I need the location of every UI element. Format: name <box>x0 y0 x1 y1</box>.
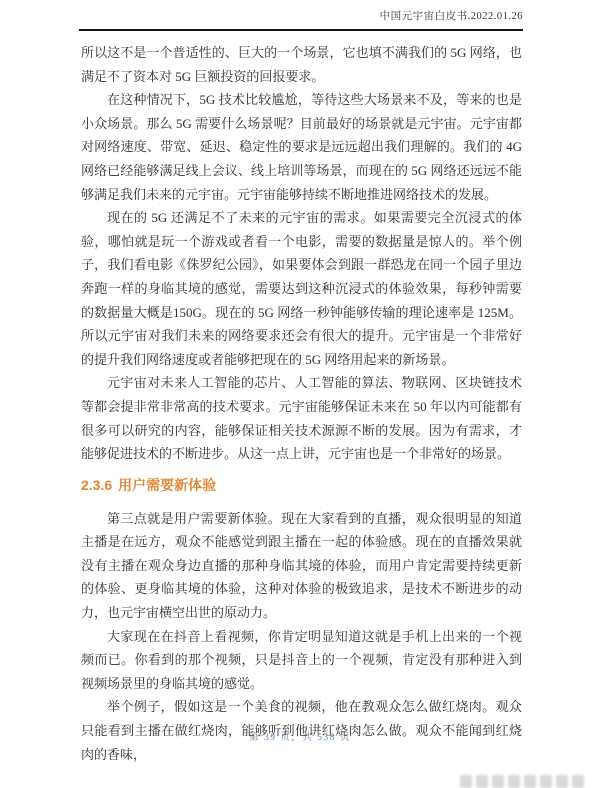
paragraph: 元宇宙对未来人工智能的芯片、人工智能的算法、物联网、区块链技术等都会提非常非常高… <box>81 371 522 465</box>
watermark-glyph <box>460 775 472 788</box>
document-header: 中国元宇宙白皮书.2022.01.26 <box>80 8 523 23</box>
page-number: 第 39 页，共 538 页 <box>249 733 351 743</box>
watermark-glyph <box>556 775 568 788</box>
document-title: 中国元宇宙白皮书.2022.01.26 <box>380 11 523 22</box>
watermark-glyph <box>572 775 584 788</box>
paragraph: 大家现在在抖音上看视频，你肯定明显知道这就是手机上出来的一个视频而已。你看到的那… <box>81 625 522 696</box>
document-body: 所以这不是一个普适性的、巨大的一个场景，它也填不满我们的 5G 网络，也满足不了… <box>81 41 522 766</box>
watermark-glyph <box>508 775 520 788</box>
watermark-glyph <box>492 775 504 788</box>
section-heading: 2.3.6用户需要新体验 <box>81 476 522 494</box>
watermark-glyph <box>524 775 536 788</box>
paragraph: 现在的 5G 还满足不了未来的元宇宙的需求。如果需要完全沉浸式的体验，哪怕就是玩… <box>81 206 522 371</box>
section-title: 用户需要新体验 <box>118 477 216 493</box>
section-number: 2.3.6 <box>81 477 112 493</box>
document-page: 中国元宇宙白皮书.2022.01.26 所以这不是一个普适性的、巨大的一个场景，… <box>0 0 600 788</box>
header-rule <box>79 29 523 31</box>
paragraph: 所以这不是一个普适性的、巨大的一个场景，它也填不满我们的 5G 网络，也满足不了… <box>81 41 522 88</box>
watermark-illegible <box>460 775 584 788</box>
paragraph: 在这种情况下，5G 技术比较尴尬，等待这些大场景来不及，等来的也是小众场景。那么… <box>81 88 522 206</box>
watermark-glyph <box>540 775 552 788</box>
page-footer: 第 39 页，共 538 页 <box>0 729 600 743</box>
watermark-glyph <box>476 775 488 788</box>
paragraph: 第三点就是用户需要新体验。现在大家看到的直播，观众很明显的知道主播是在远方，观众… <box>81 507 522 625</box>
